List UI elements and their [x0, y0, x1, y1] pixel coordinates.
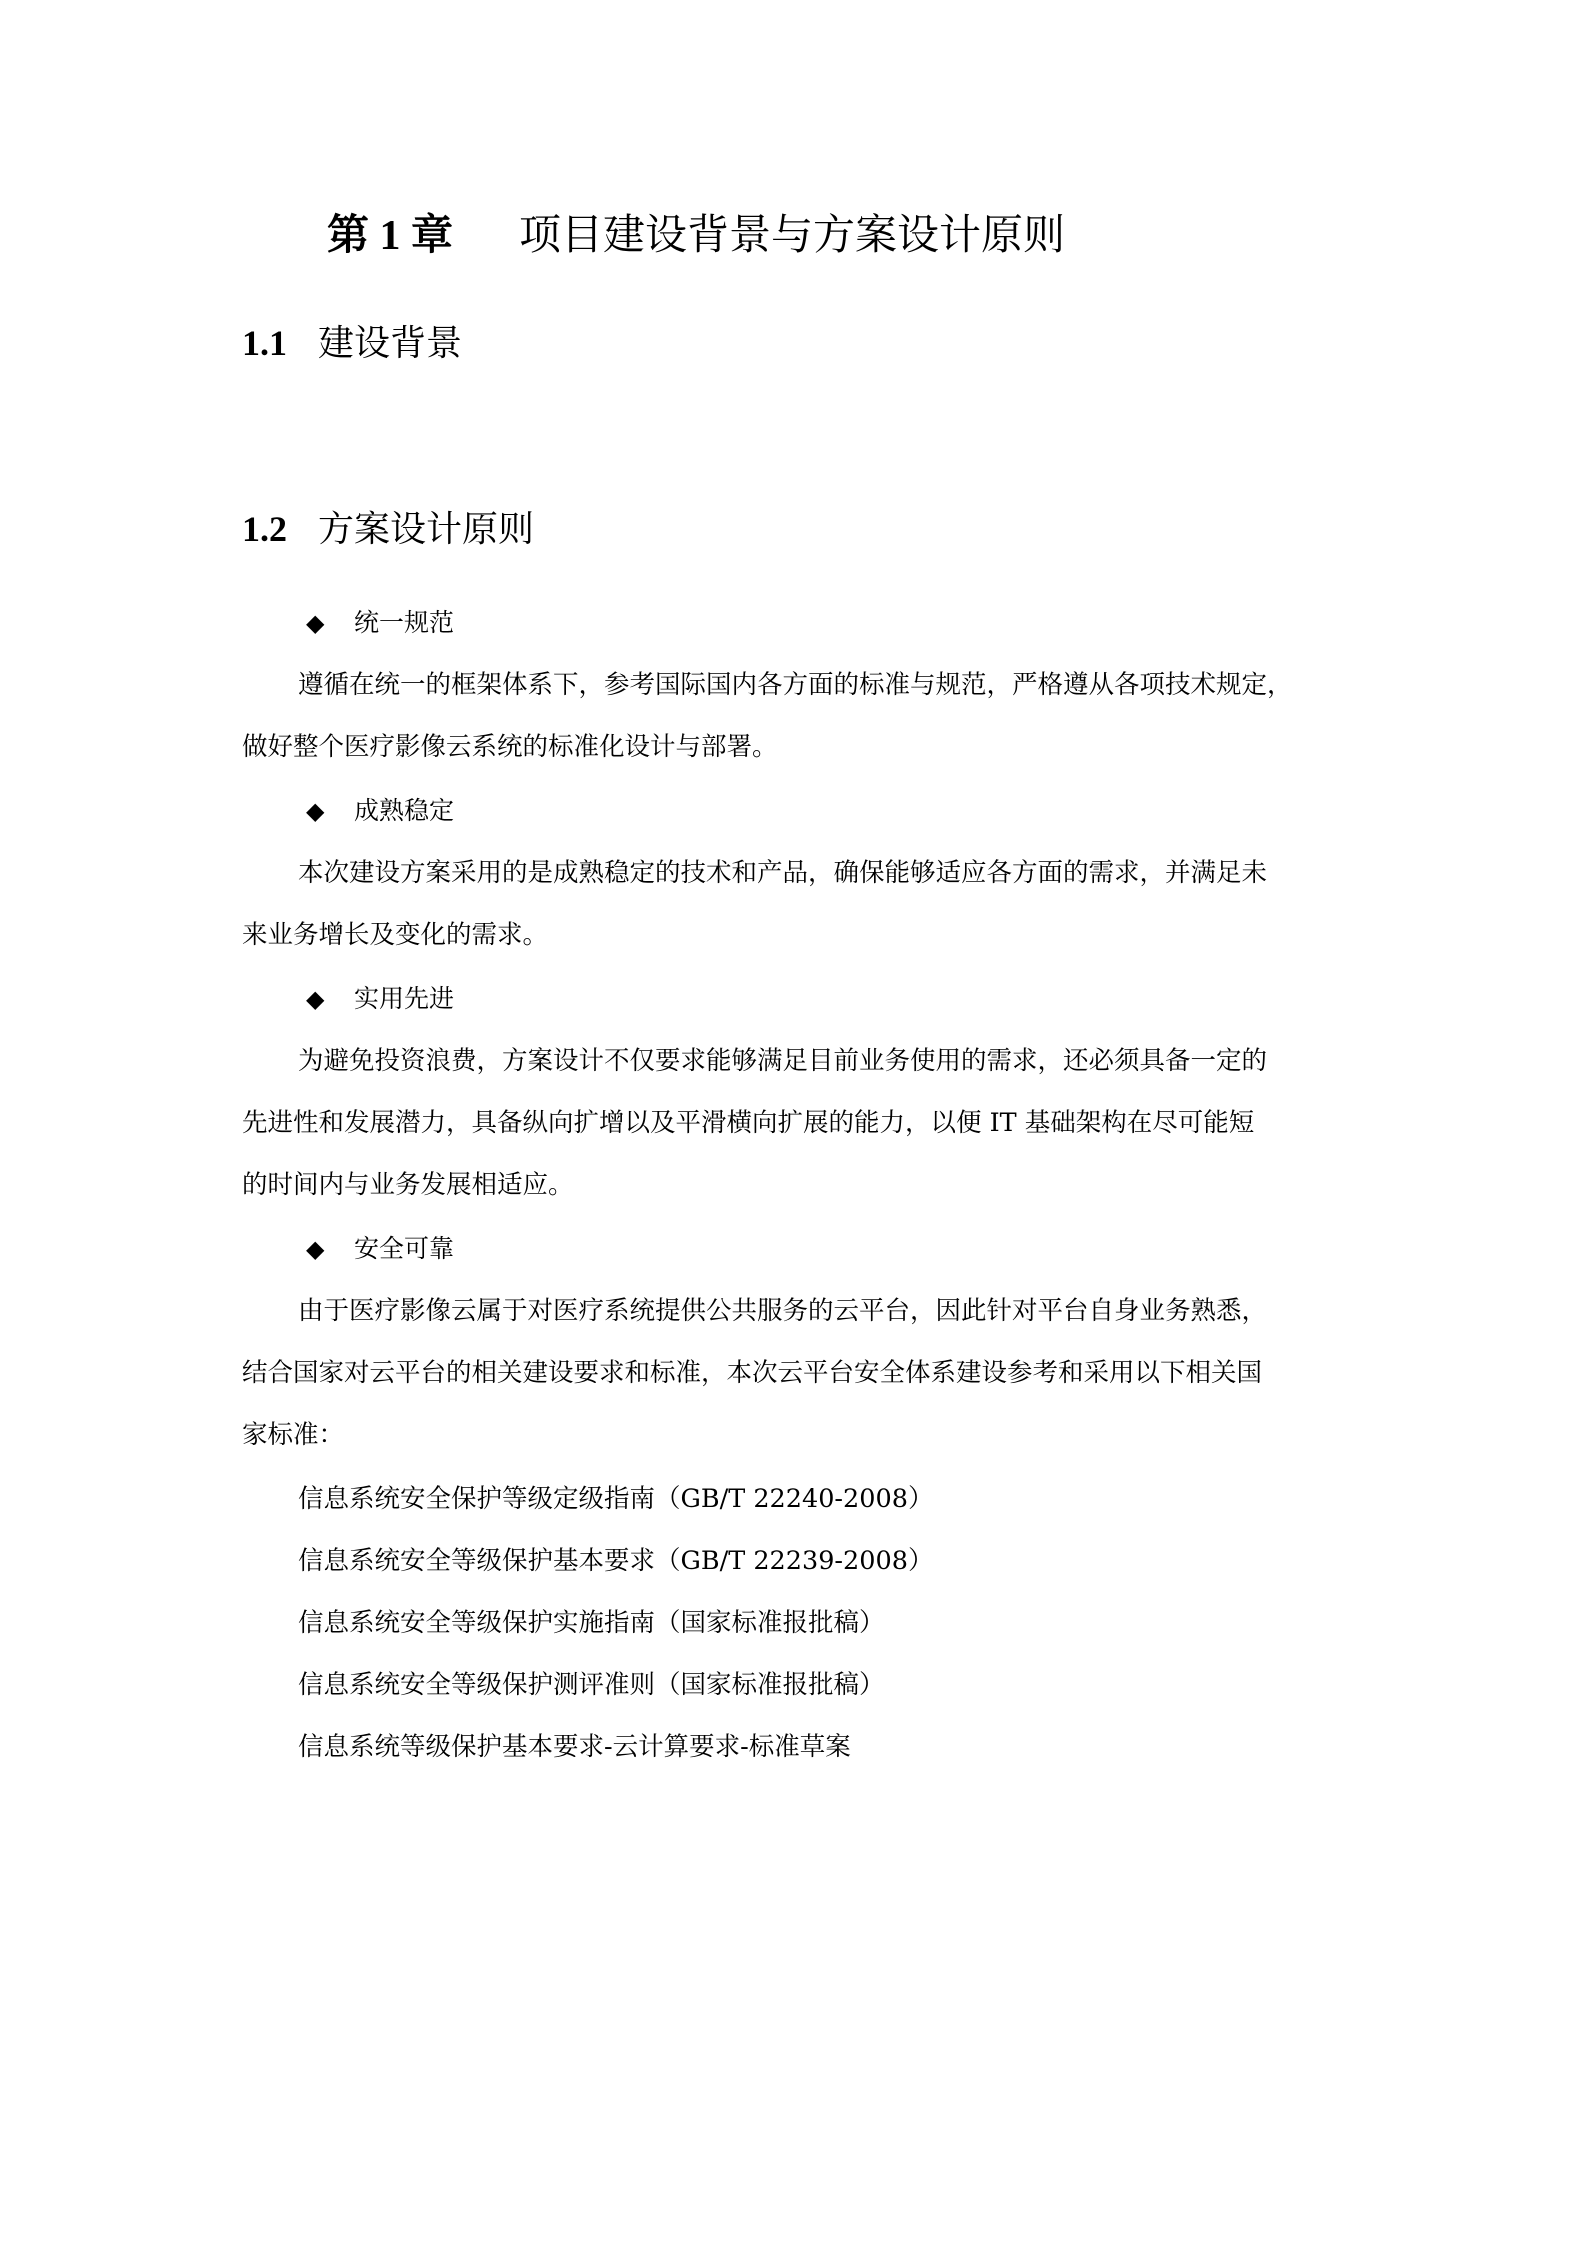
section-heading-1-1: 1.1建设背景 — [242, 318, 462, 369]
principle-title: 统一规范 — [354, 608, 454, 637]
diamond-bullet-icon: ◆ — [306, 1231, 354, 1267]
principle-title: 安全可靠 — [354, 1234, 454, 1263]
standard-item: 信息系统安全等级保护实施指南（国家标准报批稿） — [298, 1605, 885, 1641]
section-title: 建设背景 — [318, 323, 462, 364]
principle-paragraph: 为避免投资浪费，方案设计不仅要求能够满足目前业务使用的需求，还必须具备一定的 先… — [242, 1030, 1357, 1216]
chapter-title: 第 1 章项目建设背景与方案设计原则 — [327, 205, 1065, 266]
paragraph-line: 来业务增长及变化的需求。 — [242, 904, 1357, 966]
standard-item: 信息系统等级保护基本要求-云计算要求-标准草案 — [298, 1729, 851, 1765]
principle-title: 实用先进 — [354, 984, 454, 1013]
document-page: 第 1 章项目建设背景与方案设计原则 1.1建设背景 1.2方案设计原则 ◆统一… — [0, 0, 1587, 2245]
paragraph-line: 遵循在统一的框架体系下，参考国际国内各方面的标准与规范，严格遵从各项技术规定， — [242, 654, 1357, 716]
paragraph-line: 为避免投资浪费，方案设计不仅要求能够满足目前业务使用的需求，还必须具备一定的 — [242, 1030, 1357, 1092]
diamond-bullet-icon: ◆ — [306, 793, 354, 829]
standard-item: 信息系统安全保护等级定级指南（GB/T 22240-2008） — [298, 1481, 933, 1517]
standard-item: 信息系统安全等级保护基本要求（GB/T 22239-2008） — [298, 1543, 933, 1579]
principle-heading: ◆成熟稳定 — [306, 793, 454, 829]
paragraph-line: 本次建设方案采用的是成熟稳定的技术和产品，确保能够适应各方面的需求，并满足未 — [242, 842, 1357, 904]
principle-paragraph: 遵循在统一的框架体系下，参考国际国内各方面的标准与规范，严格遵从各项技术规定， … — [242, 654, 1357, 778]
standard-item: 信息系统安全等级保护测评准则（国家标准报批稿） — [298, 1667, 885, 1703]
principle-title: 成熟稳定 — [354, 796, 454, 825]
section-heading-1-2: 1.2方案设计原则 — [242, 504, 534, 555]
principle-paragraph: 本次建设方案采用的是成熟稳定的技术和产品，确保能够适应各方面的需求，并满足未 来… — [242, 842, 1357, 966]
principle-heading: ◆实用先进 — [306, 981, 454, 1017]
paragraph-line: 结合国家对云平台的相关建设要求和标准，本次云平台安全体系建设参考和采用以下相关国 — [242, 1342, 1357, 1404]
paragraph-line: 的时间内与业务发展相适应。 — [242, 1154, 1357, 1216]
section-title: 方案设计原则 — [318, 509, 534, 550]
principle-paragraph: 由于医疗影像云属于对医疗系统提供公共服务的云平台，因此针对平台自身业务熟悉， 结… — [242, 1280, 1357, 1466]
section-number: 1.1 — [242, 318, 318, 368]
diamond-bullet-icon: ◆ — [306, 981, 354, 1017]
paragraph-line: 由于医疗影像云属于对医疗系统提供公共服务的云平台，因此针对平台自身业务熟悉， — [242, 1280, 1357, 1342]
chapter-title-text: 项目建设背景与方案设计原则 — [519, 210, 1065, 259]
chapter-number: 第 1 章 — [327, 213, 453, 259]
section-number: 1.2 — [242, 504, 318, 554]
principle-heading: ◆安全可靠 — [306, 1231, 454, 1267]
paragraph-line: 先进性和发展潜力，具备纵向扩增以及平滑横向扩展的能力，以便 IT 基础架构在尽可… — [242, 1092, 1357, 1154]
diamond-bullet-icon: ◆ — [306, 605, 354, 641]
paragraph-line: 做好整个医疗影像云系统的标准化设计与部署。 — [242, 716, 1357, 778]
paragraph-line: 家标准： — [242, 1404, 1357, 1466]
principle-heading: ◆统一规范 — [306, 605, 454, 641]
